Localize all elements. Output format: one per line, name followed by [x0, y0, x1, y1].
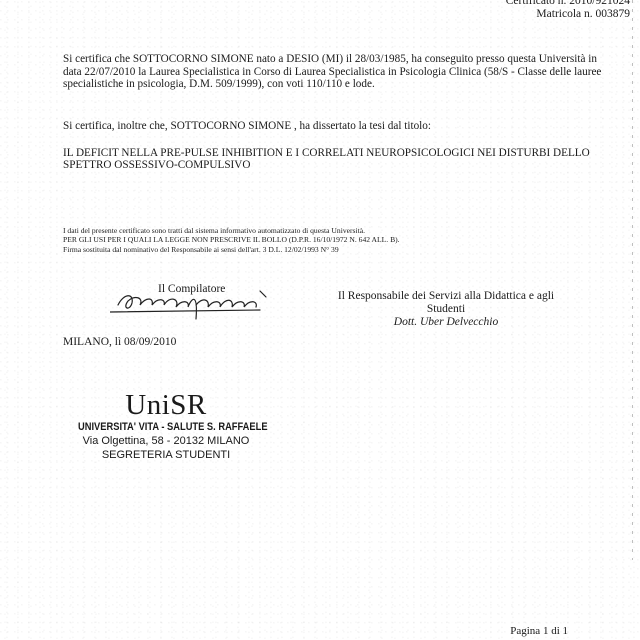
fine-print-line: I dati del presente certificato sono tra… — [63, 226, 400, 235]
responsible-signature-block: Il Responsabile dei Servizi alla Didatti… — [326, 290, 566, 329]
university-address: Via Olgettina, 58 - 20132 MILANO — [66, 434, 266, 448]
registration-number: Matricola n. 003879 — [506, 8, 630, 21]
unisr-logo: UniSR — [66, 390, 266, 420]
office-name: SEGRETERIA STUDENTI — [66, 448, 266, 462]
paragraph-line: Si certifica che SOTTOCORNO SIMONE nato … — [63, 53, 638, 66]
compiler-label: Il Compilatore — [158, 283, 225, 295]
legal-fine-print: I dati del presente certificato sono tra… — [63, 226, 400, 254]
paragraph-line: specialistiche in psicologia, D.M. 509/1… — [63, 78, 638, 91]
paragraph-line: data 22/07/2010 la Laurea Specialistica … — [63, 66, 638, 79]
responsible-title: Il Responsabile dei Servizi alla Didatti… — [326, 290, 566, 316]
thesis-title-line: SPETTRO OSSESSIVO-COMPULSIVO — [63, 159, 623, 171]
degree-certification-paragraph: Si certifica che SOTTOCORNO SIMONE nato … — [63, 53, 638, 91]
thesis-title: IL DEFICIT NELLA PRE-PULSE INHIBITION E … — [63, 147, 623, 172]
certificate-number: Certificato n. 2010/921024 — [506, 0, 630, 8]
fine-print-line: Firma sostituita dal nominativo del Resp… — [63, 245, 400, 254]
place-and-date: MILANO, lì 08/09/2010 — [63, 336, 176, 348]
thesis-title-line: IL DEFICIT NELLA PRE-PULSE INHIBITION E … — [63, 147, 623, 159]
responsible-name: Dott. Uber Delvecchio — [326, 316, 566, 329]
university-name: UNIVERSITA' VITA - SALUTE S. RAFFAELE — [78, 420, 254, 434]
fine-print-line: PER GLI USI PER I QUALI LA LEGGE NON PRE… — [63, 235, 400, 244]
university-stamp: UniSR UNIVERSITA' VITA - SALUTE S. RAFFA… — [66, 390, 266, 462]
page-indicator: Pagina 1 di 1 — [510, 625, 568, 637]
thesis-intro: Si certifica, inoltre che, SOTTOCORNO SI… — [63, 120, 431, 133]
certificate-header: Certificato n. 2010/921024 Matricola n. … — [506, 0, 630, 21]
certificate-page: Certificato n. 2010/921024 Matricola n. … — [0, 0, 640, 640]
